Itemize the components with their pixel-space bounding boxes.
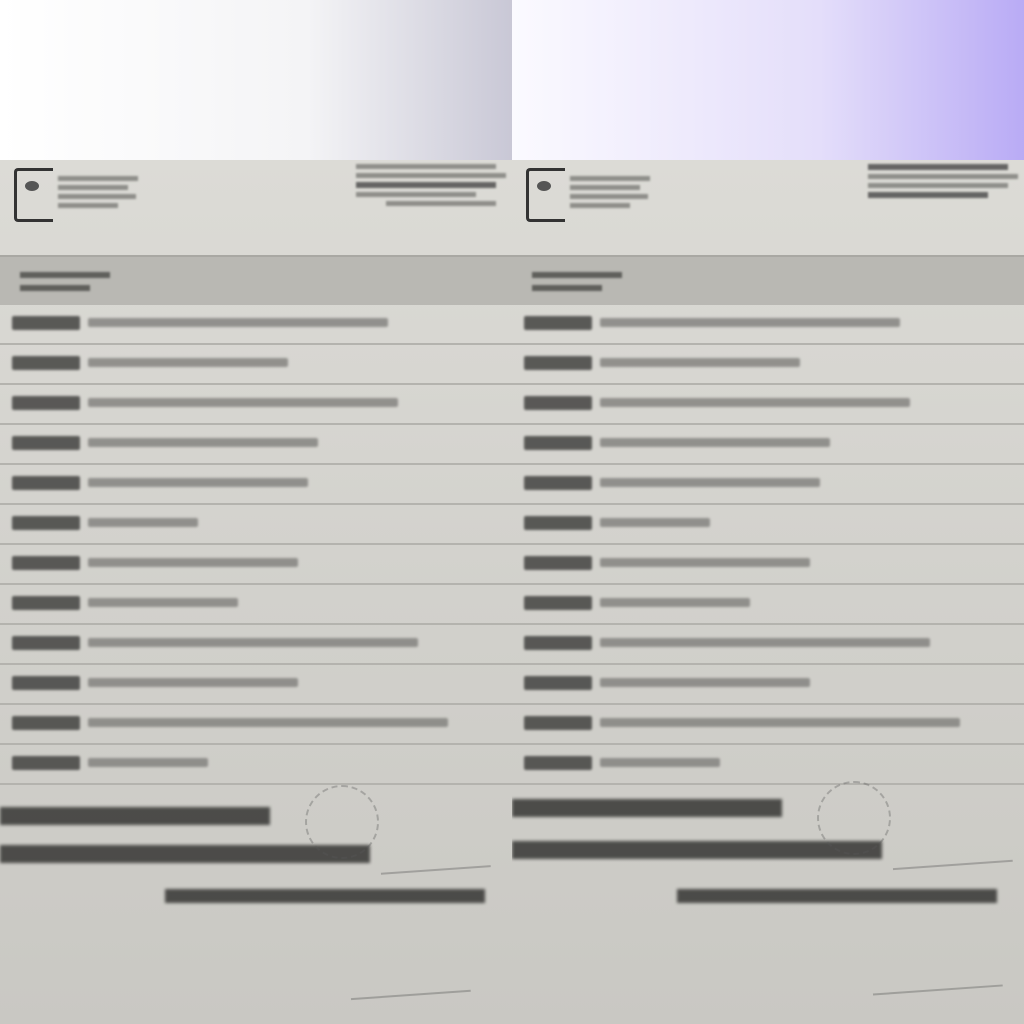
form-row — [0, 705, 512, 745]
footer-line-3 — [677, 889, 997, 903]
handwritten-annotation — [891, 836, 1013, 870]
row-value — [600, 638, 930, 647]
footer-line-1 — [512, 799, 782, 817]
row-label — [12, 396, 80, 410]
row-label — [524, 396, 592, 410]
row-label — [12, 596, 80, 610]
form-row — [512, 745, 1024, 785]
row-value — [600, 358, 800, 367]
form-page-left — [0, 160, 512, 1024]
row-value — [88, 398, 398, 407]
row-label — [524, 676, 592, 690]
row-label — [524, 436, 592, 450]
section-title-band — [512, 255, 1024, 305]
row-label — [12, 636, 80, 650]
form-row — [0, 585, 512, 625]
row-label — [12, 476, 80, 490]
form-footer — [512, 785, 1024, 1024]
form-row — [512, 545, 1024, 585]
form-row — [0, 425, 512, 465]
form-row — [0, 465, 512, 505]
section-title-band — [0, 255, 512, 305]
organization-name — [58, 172, 148, 212]
row-label — [12, 356, 80, 370]
row-label — [524, 636, 592, 650]
handwritten-signature — [349, 966, 471, 1000]
row-label — [524, 596, 592, 610]
stamp-mark — [305, 785, 379, 859]
row-value — [600, 478, 820, 487]
row-value — [88, 638, 418, 647]
row-label — [524, 356, 592, 370]
row-value — [600, 438, 830, 447]
form-row — [512, 425, 1024, 465]
form-row — [512, 345, 1024, 385]
form-row — [0, 665, 512, 705]
row-value — [600, 758, 720, 767]
row-value — [600, 678, 810, 687]
stamp-mark — [817, 781, 891, 855]
row-value — [600, 598, 750, 607]
photo-background-right — [512, 0, 1024, 160]
organization-logo-icon — [14, 168, 53, 222]
row-label — [12, 436, 80, 450]
form-row — [0, 745, 512, 785]
row-value — [88, 318, 388, 327]
footer-line-3 — [165, 889, 485, 903]
row-value — [88, 518, 198, 527]
footer-line-1 — [0, 807, 270, 825]
row-value — [88, 598, 238, 607]
row-value — [88, 758, 208, 767]
row-value — [600, 318, 900, 327]
form-header — [0, 160, 512, 255]
form-row — [0, 345, 512, 385]
organization-name — [570, 172, 660, 212]
row-value — [88, 478, 308, 487]
form-row — [512, 305, 1024, 345]
row-value — [88, 718, 448, 727]
form-row — [0, 505, 512, 545]
row-label — [12, 516, 80, 530]
row-value — [600, 558, 810, 567]
form-header — [512, 160, 1024, 255]
organization-logo-icon — [526, 168, 565, 222]
row-label — [524, 476, 592, 490]
photo-background-left — [0, 0, 512, 160]
row-value — [88, 358, 288, 367]
row-label — [12, 316, 80, 330]
row-label — [12, 556, 80, 570]
row-value — [88, 438, 318, 447]
form-row — [0, 385, 512, 425]
row-label — [524, 756, 592, 770]
row-label — [524, 716, 592, 730]
form-row — [512, 705, 1024, 745]
header-reference-block — [356, 160, 506, 210]
handwritten-signature — [871, 960, 1002, 995]
form-row — [0, 305, 512, 345]
row-label — [524, 316, 592, 330]
row-label — [12, 756, 80, 770]
row-value — [88, 558, 298, 567]
row-label — [12, 676, 80, 690]
form-rows — [512, 305, 1024, 785]
row-value — [600, 518, 710, 527]
row-value — [88, 678, 298, 687]
row-label — [524, 516, 592, 530]
form-row — [512, 505, 1024, 545]
header-reference-block — [868, 160, 1018, 202]
form-row — [512, 665, 1024, 705]
row-value — [600, 398, 910, 407]
form-footer — [0, 785, 512, 1024]
row-label — [12, 716, 80, 730]
form-page-right — [512, 160, 1024, 1024]
row-label — [524, 556, 592, 570]
form-row — [512, 585, 1024, 625]
form-row — [0, 545, 512, 585]
handwritten-annotation — [379, 841, 491, 875]
form-row — [512, 625, 1024, 665]
row-value — [600, 718, 960, 727]
form-row — [512, 385, 1024, 425]
form-rows — [0, 305, 512, 785]
form-row — [512, 465, 1024, 505]
form-row — [0, 625, 512, 665]
